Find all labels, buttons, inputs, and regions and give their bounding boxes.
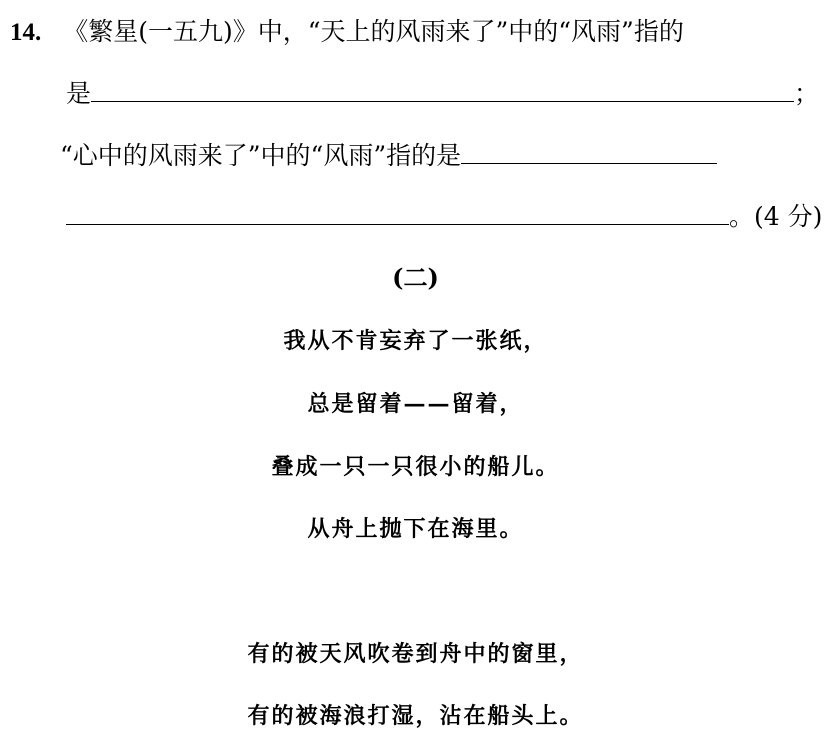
answer-blank-1[interactable] xyxy=(91,79,794,102)
answer-blank-2b[interactable] xyxy=(66,202,729,225)
question-stem-part-1: 《繁星(一五九)》中，“天上的风雨来了”中的“风雨”指的 xyxy=(63,17,684,46)
question-line-2: 是； xyxy=(66,78,819,110)
answer-blank-2a[interactable] xyxy=(461,141,717,164)
question-line-1: 14. 《繁星(一五九)》中，“天上的风雨来了”中的“风雨”指的 xyxy=(10,16,684,49)
poem-line-4: 从舟上抛下在海里。 xyxy=(0,514,831,544)
poem-line-2: 总是留着——留着， xyxy=(0,389,831,419)
poem-line-6: 有的被海浪打湿，沾在船头上。 xyxy=(0,701,831,731)
question-line-4: 。(4 分) xyxy=(66,201,822,233)
answer-prefix-label: 是 xyxy=(66,79,91,108)
question-line-3: “心中的风雨来了”中的“风雨”指的是 xyxy=(60,140,717,172)
question-stem-part-2: “心中的风雨来了”中的“风雨”指的是 xyxy=(60,141,461,170)
score-note: 。(4 分) xyxy=(729,202,822,231)
question-number: 14. xyxy=(10,19,41,46)
semicolon-punct: ； xyxy=(794,79,819,108)
poem-line-1: 我从不肯妄弃了一张纸， xyxy=(0,326,831,356)
poem-line-5: 有的被天风吹卷到舟中的窗里， xyxy=(0,639,831,669)
section-title: (二) xyxy=(0,263,831,293)
poem-line-3: 叠成一只一只很小的船儿。 xyxy=(0,452,831,482)
